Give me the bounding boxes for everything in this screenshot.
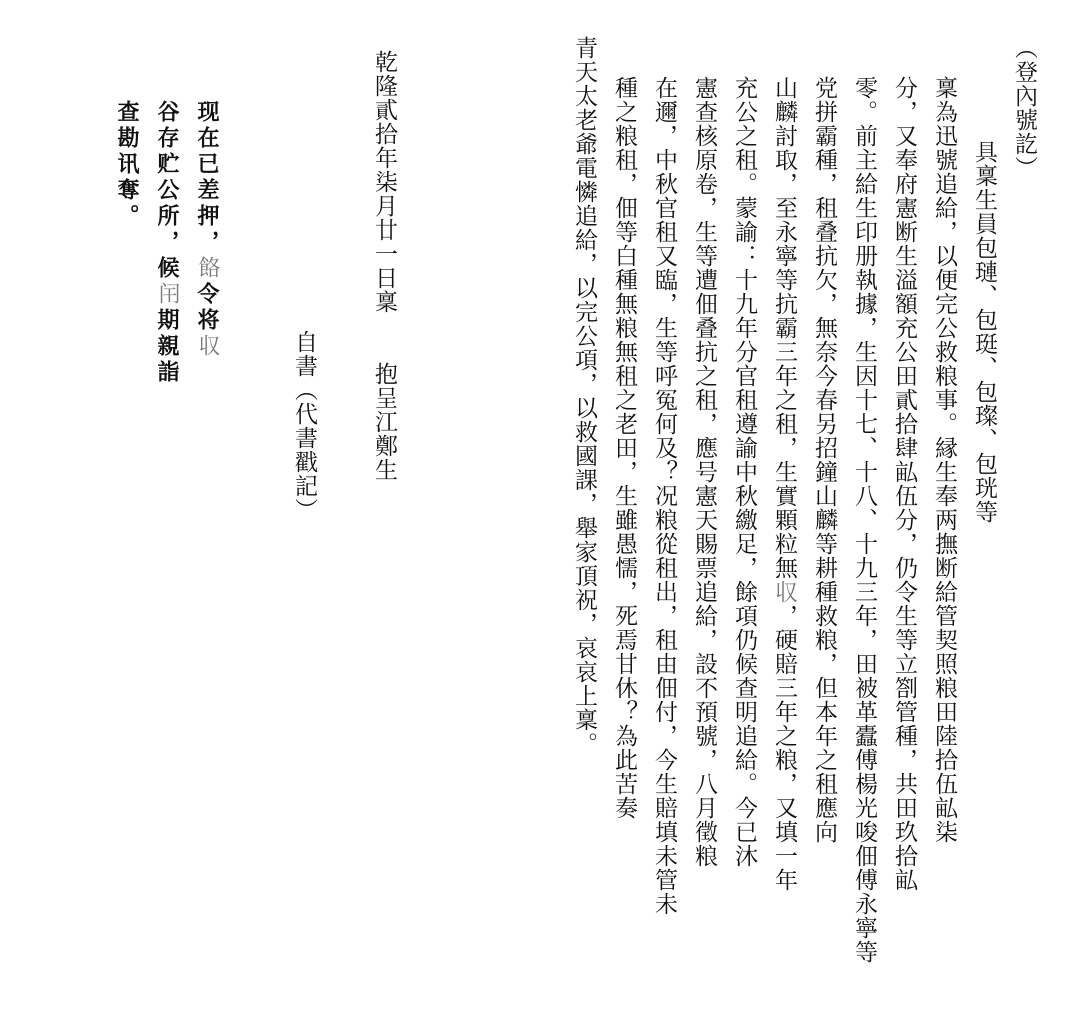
date-line: 乾隆貳拾年柒月廿一日稟 抱呈江鄭生 [364, 50, 404, 482]
annotation-variant-char: 闬 [155, 282, 180, 308]
annotation-line-3: 查勘讯奪。 [112, 100, 142, 230]
annotation-text: 令将 [194, 282, 220, 334]
body-column-4: 零。前主給生印册執據，生因十七、十八、十九三年，田被革蠹傅楊光唆佃傅永寧等 [844, 76, 884, 964]
body-column-6-tail: ，硬賠三年之粮，又填一年 [771, 604, 797, 892]
body-column-7: 充公之租。蒙諭：十九年分官租遵諭中秋繳足，餘項仍候查明追給。今已沐 [724, 76, 764, 868]
annotation-line-2: 谷存贮公所，候闬期親詣 [152, 100, 182, 386]
annotation-text: 期親詣 [154, 308, 180, 386]
variant-character: 収 [771, 580, 797, 604]
annotation-variant-char: 餎 [195, 256, 220, 282]
body-column-9: 在邇，中秋官租又臨，生等呼冤何及？况粮從租出，租由佃付，今生賠填未管未 [644, 76, 684, 916]
body-column-5: 党拼霸種，租叠抗欠，無奈今春另招鐘山麟等耕種救粮，但本年之租應向 [804, 76, 844, 844]
body-column-6-text: 山麟討取，至永寧等抗霸三年之租，生實顆粒無 [771, 76, 797, 580]
header-registration-note: （登內號訖） [1004, 36, 1044, 180]
body-column-1: 具稟生員包璉、包珽、包璨、包珖等 [964, 116, 1004, 524]
body-column-10: 種之粮租，佃等白種無粮無租之老田，生雖愚懦，死焉甘休？為此苦奏 [604, 76, 644, 820]
signature: 自書（代書戳記） [284, 330, 324, 522]
body-column-11: 青天太老爺電憐追給，以完公項，以救國課，舉家頂祝，哀哀上稟。 [564, 36, 604, 756]
body-column-6: 山麟討取，至永寧等抗霸三年之租，生實顆粒無収，硬賠三年之粮，又填一年 [764, 76, 804, 892]
annotation-line-1: 现在已差押，餎令将収 [192, 100, 222, 360]
body-column-3: 分，又奉府憲断生溢額充公田貳拾肆畆伍分，仍令生等立劄管種，共田玖拾畆 [884, 76, 924, 892]
annotation-text: 谷存贮公所，候 [154, 100, 180, 282]
body-column-8: 憲查核原卷，生等遭佃叠抗之租，應号憲天賜票追給，設不預號，八月徵粮 [684, 76, 724, 868]
annotation-text: 现在已差押， [194, 100, 220, 256]
annotation-variant-char: 収 [195, 334, 220, 360]
body-column-2: 稟為迅號追給，以便完公救粮事。縁生奉两撫断給管契照粮田陸拾伍畆柒 [924, 76, 964, 844]
